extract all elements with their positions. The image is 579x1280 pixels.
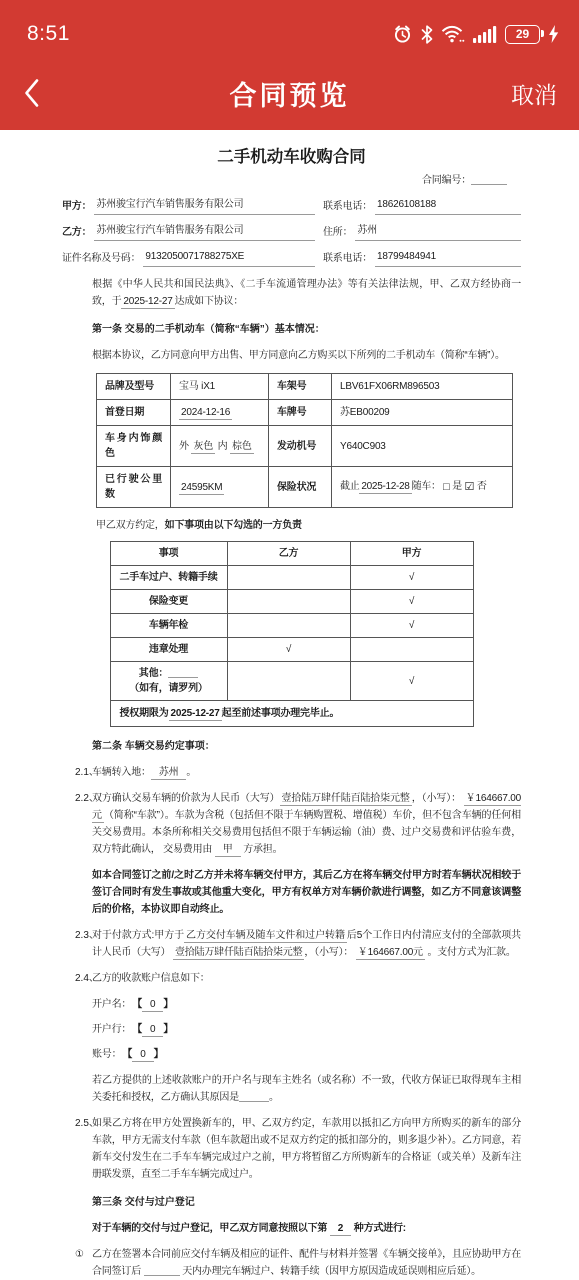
party-row-3: 证件名称及号码：9132050071788275XE 联系电话：18799484… bbox=[62, 248, 521, 267]
checkbox-yes-unchecked: □ bbox=[443, 481, 450, 493]
contract-document[interactable]: 二手机动车收购合同 合同编号： 甲方：苏州骏宝行汽车销售服务有限公司 联系电话：… bbox=[0, 130, 579, 1280]
party-b-address: 苏州 bbox=[355, 222, 521, 241]
party-b-phone-label: 联系电话： bbox=[323, 250, 375, 267]
table-header-row: 事项 乙方 甲方 bbox=[110, 542, 473, 566]
table-row: 车辆年检 √ bbox=[110, 614, 473, 638]
section3-intro: 对于车辆的交付与过户登记，甲乙双方同意按照以下第 2 种方式进行: bbox=[62, 1220, 521, 1237]
cancel-button[interactable]: 取消 bbox=[511, 77, 557, 110]
payment-in-figures: ￥164667.00元 bbox=[356, 947, 425, 960]
mileage: 24595KM bbox=[179, 482, 224, 495]
price-adjustment-clause: 如本合同签订之前/之时乙方并未将车辆交付甲方，其后乙方在将车辆交付甲方时若车辆状… bbox=[62, 867, 521, 918]
checkmark: √ bbox=[350, 662, 473, 701]
party-row-1: 甲方：苏州骏宝行汽车销售服务有限公司 联系电话：18626108188 bbox=[62, 196, 521, 215]
table-row: 车身内饰颜色 外 灰色 内 棕色 发动机号 Y640C903 bbox=[97, 426, 513, 467]
responsibility-table: 事项 乙方 甲方 二手车过户、转籍手续 √ 保险变更 √ 车辆年检 √ 违章处理… bbox=[110, 541, 474, 727]
checkbox-no-checked: ☑ bbox=[464, 481, 474, 493]
payment-in-words: 壹拾陆万肆仟陆百陆拾柒元整 bbox=[173, 947, 304, 960]
fee-bearer: 甲 bbox=[215, 844, 241, 857]
certificate-number: 9132050071788275XE bbox=[143, 248, 315, 267]
back-button[interactable] bbox=[22, 77, 42, 109]
contract-number-row: 合同编号： bbox=[62, 172, 507, 189]
authorization-date: 2025-12-27 bbox=[169, 708, 222, 721]
table-row: 违章处理 √ bbox=[110, 638, 473, 662]
first-registration-date: 2024-12-16 bbox=[179, 407, 232, 420]
vehicle-info-table: 品牌及型号 宝马 iX1 车架号 LBV61FX06RM896503 首登日期 … bbox=[96, 373, 513, 508]
checkmark: √ bbox=[350, 566, 473, 590]
clause-2-1: 2.1、车辆转入地：苏州。 bbox=[62, 764, 521, 781]
party-a-phone-label: 联系电话： bbox=[323, 198, 375, 215]
clause-2-3: 2.3、对于付款方式:甲方于乙方交付车辆及随车文件和过户转籍后5个工作日内付清应… bbox=[62, 927, 521, 961]
checkmark: √ bbox=[350, 614, 473, 638]
table-row: 二手车过户、转籍手续 √ bbox=[110, 566, 473, 590]
contract-number-blank bbox=[471, 173, 507, 185]
party-b-label: 乙方： bbox=[62, 224, 94, 241]
nav-bar: 合同预览 取消 bbox=[0, 62, 579, 130]
party-a-phone: 18626108188 bbox=[375, 196, 521, 215]
battery-percent: 29 bbox=[516, 27, 529, 41]
payment-condition: 乙方交付车辆及随车文件和过户转籍 bbox=[184, 930, 347, 943]
method-number: 2 bbox=[330, 1223, 351, 1236]
table-row: 已行驶公里数 24595KM 保险状况 截止2025-12-28随车： □ 是 … bbox=[97, 467, 513, 508]
days-blank bbox=[144, 1264, 180, 1276]
clause-2-5: 2.5、如果乙方将在甲方处置换新车的，甲、乙双方约定，车款用以抵扣乙方向甲方所购… bbox=[62, 1115, 521, 1183]
clock-time: 8:51 bbox=[27, 22, 70, 46]
clause-2-2: 2.2、双方确认交易车辆的价款为人民币（大写）壹拾陆万肆仟陆百陆拾柒元整，（小写… bbox=[62, 790, 521, 858]
section2-heading: 第二条 车辆交易约定事项： bbox=[62, 738, 521, 755]
page-title: 合同预览 bbox=[0, 74, 579, 113]
reason-blank bbox=[239, 1090, 269, 1102]
section1-intro: 根据本协议，乙方同意向甲方出售、甲方同意向乙方购买以下所列的二手机动车（简称“车… bbox=[62, 347, 521, 364]
checkmark: √ bbox=[350, 590, 473, 614]
checkmark: √ bbox=[227, 638, 350, 662]
duty-note: 甲乙双方约定，如下事项由以下勾选的一方负责 bbox=[96, 517, 521, 534]
contract-title: 二手机动车收购合同 bbox=[62, 146, 521, 168]
bluetooth-icon bbox=[421, 25, 433, 44]
table-row: 保险变更 √ bbox=[110, 590, 473, 614]
contract-number-label: 合同编号： bbox=[422, 175, 471, 186]
party-b-phone: 18799484941 bbox=[375, 248, 521, 267]
account-note: 若乙方提供的上述收款账户的开户名与现车主姓名（或名称）不一致，代收方保证已取得现… bbox=[62, 1072, 521, 1106]
account-name-row: 开户名：【0】 bbox=[62, 996, 521, 1013]
agreement-date: 2025-12-27 bbox=[121, 296, 174, 309]
cellular-signal-icon bbox=[473, 26, 497, 43]
account-bank-row: 开户行：【0】 bbox=[62, 1021, 521, 1038]
battery-nub bbox=[541, 30, 544, 37]
clause-2-4: 2.4、乙方的收款账户信息如下： bbox=[62, 970, 521, 987]
certificate-label: 证件名称及号码： bbox=[62, 250, 143, 267]
exterior-color: 灰色 bbox=[191, 441, 215, 454]
account-number-value: 0 bbox=[132, 1049, 153, 1062]
wifi-icon bbox=[441, 25, 465, 43]
transfer-city: 苏州 bbox=[151, 767, 187, 780]
interior-color: 棕色 bbox=[230, 441, 254, 454]
status-bar: 8:51 29 bbox=[0, 0, 579, 62]
battery-icon: 29 bbox=[505, 25, 540, 44]
price-in-words: 壹拾陆万肆仟陆百陆拾柒元整 bbox=[280, 793, 412, 806]
table-row: 其他：（如有，请罗列） √ bbox=[110, 662, 473, 701]
table-row: 品牌及型号 宝马 iX1 车架号 LBV61FX06RM896503 bbox=[97, 374, 513, 400]
party-b-address-label: 住所： bbox=[323, 224, 355, 241]
party-b-name: 苏州骏宝行汽车销售服务有限公司 bbox=[94, 222, 315, 241]
section3-heading: 第三条 交付与过户登记 bbox=[62, 1194, 521, 1211]
contract-intro: 根据《中华人民共和国民法典》、《二手车流通管理办法》等有关法律法规，甲、乙双方经… bbox=[62, 276, 521, 310]
charging-bolt-icon bbox=[548, 25, 559, 43]
other-blank bbox=[168, 666, 198, 678]
party-row-2: 乙方：苏州骏宝行汽车销售服务有限公司 住所：苏州 bbox=[62, 222, 521, 241]
account-number-row: 账号：【0】 bbox=[62, 1046, 521, 1063]
table-row: 首登日期 2024-12-16 车牌号 苏EB00209 bbox=[97, 400, 513, 426]
alarm-icon bbox=[392, 24, 413, 44]
section1-heading: 第一条 交易的二手机动车（简称“车辆”）基本情况： bbox=[62, 321, 521, 338]
account-bank-value: 0 bbox=[142, 1024, 163, 1037]
account-name-value: 0 bbox=[142, 999, 163, 1012]
status-icons: 29 bbox=[392, 24, 559, 44]
party-a-name: 苏州骏宝行汽车销售服务有限公司 bbox=[94, 196, 315, 215]
insurance-date: 2025-12-28 bbox=[359, 481, 411, 494]
table-footer-row: 授权期限为2025-12-27起至前述事项办理完毕止。 bbox=[110, 701, 473, 727]
party-a-label: 甲方： bbox=[62, 198, 94, 215]
clause-3-1: ①乙方在签署本合同前应交付车辆及相应的证件、配件与材料并签署《车辆交接单》，且应… bbox=[62, 1246, 521, 1280]
